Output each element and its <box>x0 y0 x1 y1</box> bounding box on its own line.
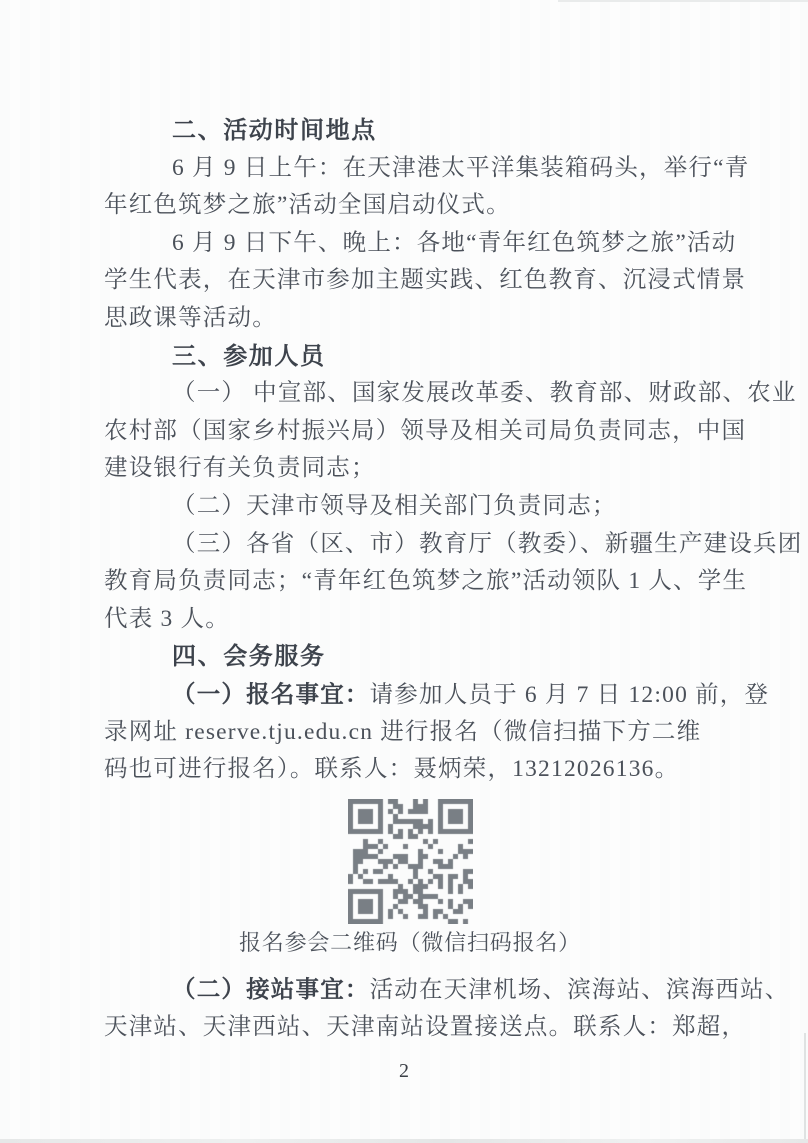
scan-edge-bottom <box>0 1139 808 1143</box>
text-line: 录网址 reserve.tju.edu.cn 进行报名（微信扫描下方二维 <box>104 714 716 752</box>
line-text: 活动在天津机场、滨海站、滨海西站、 <box>370 977 790 1003</box>
text-line: （一） 中宣部、国家发展改革委、教育部、财政部、农业 <box>104 375 716 413</box>
text-line: 6 月 9 日上午：在天津港太平洋集装箱码头，举行“青 <box>104 150 716 188</box>
section-participants: 三、参加人员 （一） 中宣部、国家发展改革委、教育部、财政部、农业 农村部（国家… <box>104 338 716 639</box>
text-line: 6 月 9 日下午、晚上：各地“青年红色筑梦之旅”活动 <box>104 225 716 263</box>
text-line: （一）报名事宜：请参加人员于 6 月 7 日 12:00 前，登 <box>104 676 716 714</box>
text-line: 天津站、天津西站、天津南站设置接送点。联系人：郑超， <box>104 1009 716 1047</box>
qr-code-image <box>348 799 473 924</box>
bold-lead-label: （一）报名事宜： <box>172 681 370 707</box>
page-number: 2 <box>0 1060 808 1083</box>
section-pickup: （二）接站事宜：活动在天津机场、滨海站、滨海西站、 天津站、天津西站、天津南站设… <box>104 971 716 1046</box>
text-line: 年红色筑梦之旅”活动全国启动仪式。 <box>104 187 716 225</box>
text-line: 代表 3 人。 <box>104 601 716 639</box>
scan-edge-top-right <box>558 0 808 2</box>
qr-caption: 报名参会二维码（微信扫码报名） <box>104 924 716 962</box>
section-activity-time: 二、活动时间地点 6 月 9 日上午：在天津港太平洋集装箱码头，举行“青 年红色… <box>104 112 716 338</box>
document-page: 二、活动时间地点 6 月 9 日上午：在天津港太平洋集装箱码头，举行“青 年红色… <box>0 0 808 1143</box>
line-text: 请参加人员于 6 月 7 日 12:00 前，登 <box>370 682 770 708</box>
document-content: 二、活动时间地点 6 月 9 日上午：在天津港太平洋集装箱码头，举行“青 年红色… <box>104 112 716 1046</box>
text-line: 教育局负责同志；“青年红色筑梦之旅”活动领队 1 人、学生 <box>104 563 716 601</box>
scan-edge-right <box>804 1033 806 1143</box>
text-line: 农村部（国家乡村振兴局）领导及相关司局负责同志，中国 <box>104 413 716 451</box>
qr-code-block <box>348 799 473 924</box>
text-line: （三）各省（区、市）教育厅（教委）、新疆生产建设兵团 <box>104 526 716 564</box>
section-heading: 三、参加人员 <box>104 338 716 376</box>
text-line: 码也可进行报名）。联系人：聂炳荣，13212026136。 <box>104 751 716 789</box>
text-line: 思政课等活动。 <box>104 300 716 338</box>
text-line: （二）天津市领导及相关部门负责同志； <box>104 488 716 526</box>
text-line: （二）接站事宜：活动在天津机场、滨海站、滨海西站、 <box>104 971 716 1009</box>
section-heading: 二、活动时间地点 <box>104 112 716 150</box>
bold-lead-label: （二）接站事宜： <box>172 976 370 1002</box>
text-line: 学生代表，在天津市参加主题实践、红色教育、沉浸式情景 <box>104 262 716 300</box>
text-line: 建设银行有关负责同志； <box>104 450 716 488</box>
section-services: 四、会务服务 （一）报名事宜：请参加人员于 6 月 7 日 12:00 前，登 … <box>104 638 716 788</box>
section-heading: 四、会务服务 <box>104 638 716 676</box>
